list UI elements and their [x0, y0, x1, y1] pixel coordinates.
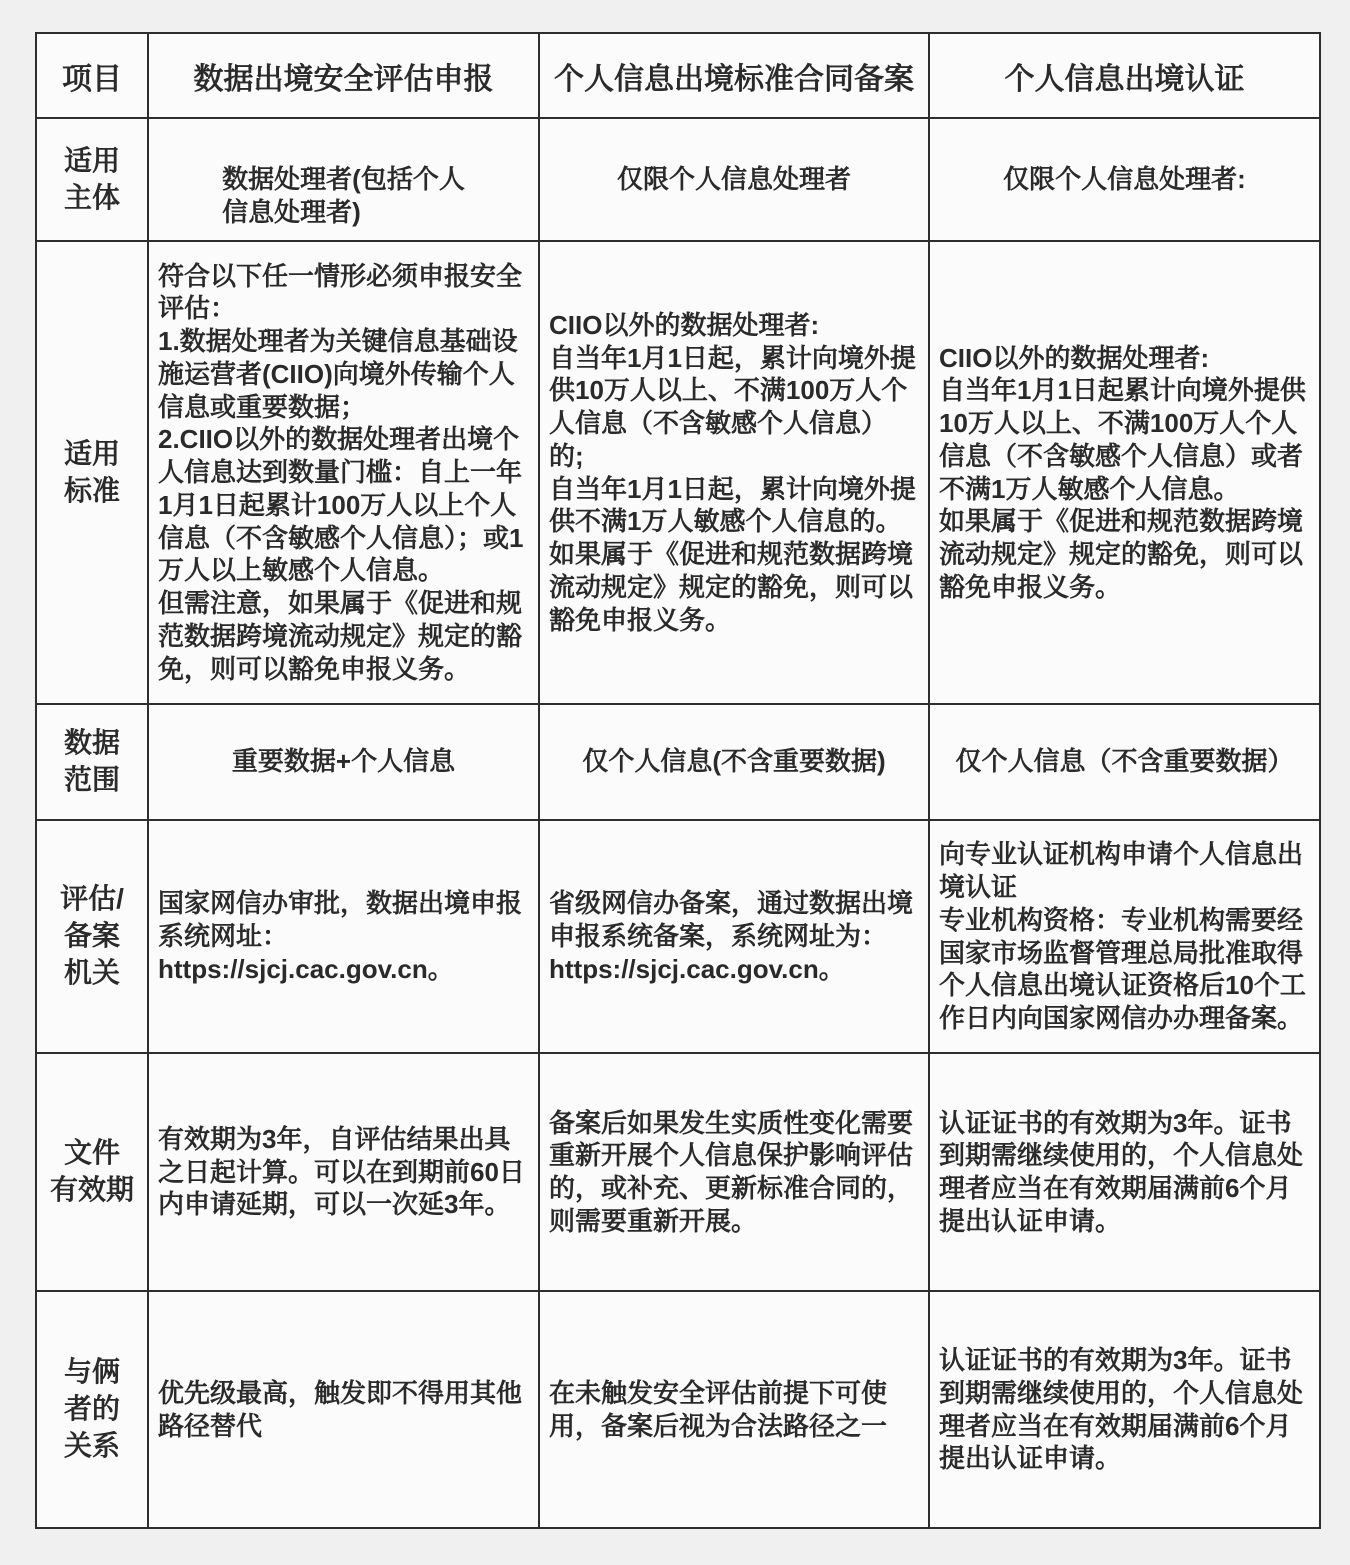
cell-authority-certification: 向专业认证机构申请个人信息出境认证 专业机构资格：专业机构需要经国家市场监督管理…	[929, 820, 1320, 1053]
cell-subject-assessment: 数据处理者(包括个人 信息处理者)	[148, 118, 539, 241]
cell-criteria-assessment: 符合以下任一情形必须申报安全评估： 1.数据处理者为关键信息基础设施运营者(CI…	[148, 241, 539, 704]
cell-relationship-contract: 在未触发安全评估前提下可使用，备案后视为合法路径之一	[539, 1291, 929, 1528]
cell-relationship-certification: 认证证书的有效期为3年。证书到期需继续使用的，个人信息处理者应当在有效期届满前6…	[929, 1291, 1320, 1528]
cell-subject-assessment-text: 数据处理者(包括个人 信息处理者)	[222, 163, 465, 231]
cell-criteria-contract: CIIO以外的数据处理者: 自当年1月1日起，累计向境外提供10万人以上、不满1…	[539, 241, 929, 704]
row-label-validity: 文件 有效期	[36, 1053, 148, 1291]
row-label-data-scope: 数据 范围	[36, 704, 148, 820]
data-export-comparison-table: 项目 数据出境安全评估申报 个人信息出境标准合同备案 个人信息出境认证 适用 主…	[35, 32, 1321, 1529]
cell-scope-certification: 仅个人信息（不含重要数据）	[929, 704, 1320, 820]
cell-relationship-assessment: 优先级最高，触发即不得用其他路径替代	[148, 1291, 539, 1528]
row-label-authority: 评估/ 备案 机关	[36, 820, 148, 1053]
table-row-applicable-subject: 适用 主体 数据处理者(包括个人 信息处理者) 仅限个人信息处理者 仅限个人信息…	[36, 118, 1320, 241]
table-row-data-scope: 数据 范围 重要数据+个人信息 仅个人信息(不含重要数据) 仅个人信息（不含重要…	[36, 704, 1320, 820]
row-label-applicable-criteria: 适用 标准	[36, 241, 148, 704]
col-header-item: 项目	[36, 33, 148, 118]
cell-subject-contract: 仅限个人信息处理者	[539, 118, 929, 241]
cell-authority-assessment: 国家网信办审批，数据出境申报系统网址： https://sjcj.cac.gov…	[148, 820, 539, 1053]
cell-authority-contract: 省级网信办备案，通过数据出境申报系统备案，系统网址为： https://sjcj…	[539, 820, 929, 1053]
table-row-relationship: 与俩 者的 关系 优先级最高，触发即不得用其他路径替代 在未触发安全评估前提下可…	[36, 1291, 1320, 1528]
cell-validity-assessment: 有效期为3年，自评估结果出具之日起计算。可以在到期前60日内申请延期，可以一次延…	[148, 1053, 539, 1291]
cell-scope-contract: 仅个人信息(不含重要数据)	[539, 704, 929, 820]
table-row-validity: 文件 有效期 有效期为3年，自评估结果出具之日起计算。可以在到期前60日内申请延…	[36, 1053, 1320, 1291]
page-background: 项目 数据出境安全评估申报 个人信息出境标准合同备案 个人信息出境认证 适用 主…	[0, 0, 1350, 1565]
table-header-row: 项目 数据出境安全评估申报 个人信息出境标准合同备案 个人信息出境认证	[36, 33, 1320, 118]
cell-validity-certification: 认证证书的有效期为3年。证书到期需继续使用的，个人信息处理者应当在有效期届满前6…	[929, 1053, 1320, 1291]
col-header-certification: 个人信息出境认证	[929, 33, 1320, 118]
cell-scope-assessment: 重要数据+个人信息	[148, 704, 539, 820]
cell-subject-certification: 仅限个人信息处理者:	[929, 118, 1320, 241]
cell-validity-contract: 备案后如果发生实质性变化需要重新开展个人信息保护影响评估的，或补充、更新标准合同…	[539, 1053, 929, 1291]
table-row-applicable-criteria: 适用 标准 符合以下任一情形必须申报安全评估： 1.数据处理者为关键信息基础设施…	[36, 241, 1320, 704]
row-label-relationship: 与俩 者的 关系	[36, 1291, 148, 1528]
row-label-applicable-subject: 适用 主体	[36, 118, 148, 241]
table-row-authority: 评估/ 备案 机关 国家网信办审批，数据出境申报系统网址： https://sj…	[36, 820, 1320, 1053]
col-header-security-assessment: 数据出境安全评估申报	[148, 33, 539, 118]
col-header-standard-contract: 个人信息出境标准合同备案	[539, 33, 929, 118]
cell-criteria-certification: CIIO以外的数据处理者: 自当年1月1日起累计向境外提供10万人以上、不满10…	[929, 241, 1320, 704]
